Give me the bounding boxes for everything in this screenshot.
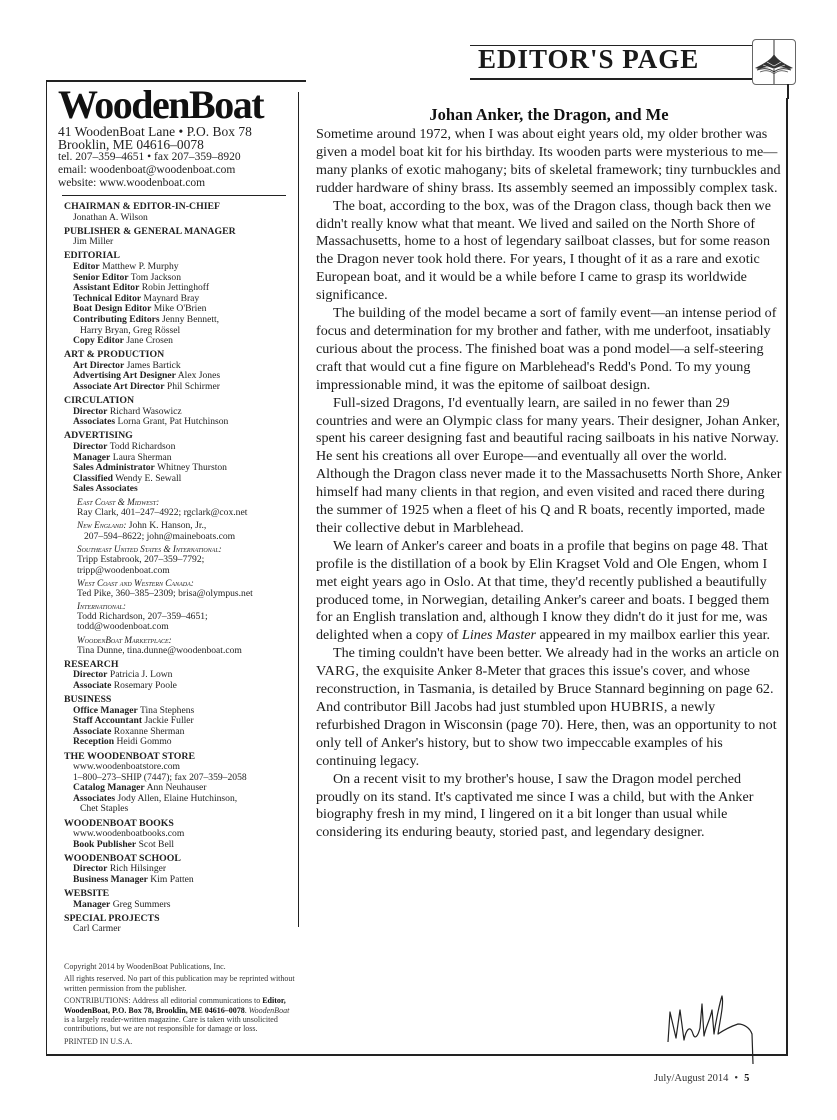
article-paragraph: Full-sized Dragons, I'd eventually learn…: [316, 395, 782, 538]
article-paragraph: The building of the model became a sort …: [316, 305, 782, 395]
staff-role: Manager: [73, 452, 110, 463]
staff-role: Office Manager: [73, 705, 138, 716]
staff-name-continued: Chet Staples: [64, 804, 296, 815]
printed-notice: PRINTED IN U.S.A.: [64, 1037, 296, 1046]
staff-role: Reception: [73, 736, 114, 747]
staff-role: Director: [73, 863, 107, 874]
viking-ship-icon: [752, 39, 796, 85]
region-contact: tripp@woodenboat.com: [64, 566, 296, 577]
staff-row: Associates Lorna Grant, Pat Hutchinson: [64, 417, 296, 428]
staff-role: Copy Editor: [73, 335, 124, 346]
contrib-tail: is a largely reader-written magazine. Ca…: [64, 1015, 278, 1033]
bullet-separator: •: [734, 1073, 738, 1084]
masthead: WoodenBoat 41 WoodenBoat Lane • P.O. Box…: [58, 82, 294, 190]
contrib-magazine: WoodenBoat: [249, 1006, 290, 1015]
frame-right-border: [786, 98, 788, 1056]
staff-name: Jonathan A. Wilson: [64, 213, 296, 224]
staff-role: Advertising Art Designer: [73, 370, 176, 381]
page-number: 5: [744, 1073, 749, 1084]
staff-name: Laura Sherman: [113, 452, 172, 463]
staff-row: Associate Rosemary Poole: [64, 681, 296, 692]
header-rule-bottom: [470, 78, 772, 80]
staff-name: Greg Summers: [113, 899, 171, 910]
section-title: CHAIRMAN & EDITOR-IN-CHIEF: [64, 202, 296, 213]
section-business: BUSINESS Office Manager Tina Stephens St…: [64, 695, 296, 748]
staff-name: Jenny Bennett,: [162, 314, 219, 325]
staff-role: Business Manager: [73, 874, 148, 885]
staff-name: Rich Hilsinger: [110, 863, 166, 874]
staff-name: Tina Stephens: [140, 705, 194, 716]
boat-name: HUBRIS: [610, 699, 664, 715]
staff-row: Reception Heidi Gommo: [64, 737, 296, 748]
article-paragraph: We learn of Anker's career and boats in …: [316, 538, 782, 645]
section-special-projects: SPECIAL PROJECTS Carl Carmer: [64, 914, 296, 935]
staff-role: Sales Administrator: [73, 462, 155, 473]
staff-name: Wendy E. Sewall: [115, 473, 181, 484]
section-research: RESEARCH Director Patricia J. Lown Assoc…: [64, 660, 296, 692]
article-paragraph: Sometime around 1972, when I was about e…: [316, 126, 782, 198]
issue-date: July/August 2014: [654, 1073, 728, 1084]
staff-row: Book Publisher Scot Bell: [64, 840, 296, 851]
website-link[interactable]: website: www.woodenboat.com: [58, 177, 294, 190]
page-footer: July/August 2014•5: [654, 1073, 749, 1084]
section-art-production: ART & PRODUCTION Art Director James Bart…: [64, 350, 296, 392]
staff-row: Manager Greg Summers: [64, 900, 296, 911]
staff-role: Catalog Manager: [73, 782, 145, 793]
staff-row: Contributing Editors Jenny Bennett,: [64, 315, 296, 326]
staff-role: Senior Editor: [73, 272, 129, 283]
column-divider: [298, 92, 299, 927]
staff-role: Assistant Editor: [73, 282, 139, 293]
section-school: WOODENBOAT SCHOOL Director Rich Hilsinge…: [64, 854, 296, 886]
section-advertising: ADVERTISING Director Todd Richardson Man…: [64, 431, 296, 656]
region-contact: Ted Pike, 360–385–2309; brisa@olympus.ne…: [64, 589, 296, 600]
staff-name: Alex Jones: [178, 370, 220, 381]
staff-role: Manager: [73, 899, 110, 910]
staff-name: James Bartick: [127, 360, 181, 371]
region-label: New England:: [77, 520, 126, 530]
staff-name: Kim Patten: [150, 874, 193, 885]
staff-role: Book Publisher: [73, 839, 136, 850]
region-label-row: New England: John K. Hanson, Jr.,: [64, 520, 296, 532]
section-publisher: PUBLISHER & GENERAL MANAGER Jim Miller: [64, 227, 296, 248]
section-store: THE WOODENBOAT STORE www.woodenboatstore…: [64, 752, 296, 816]
region-contact: Ray Clark, 401–247–4922; rgclark@cox.net: [64, 508, 296, 519]
staff-name: Richard Wasowicz: [110, 406, 182, 417]
staff-row: Business Manager Kim Patten: [64, 875, 296, 886]
article: Johan Anker, the Dragon, and Me Sometime…: [316, 105, 782, 842]
address-line-2: Brooklin, ME 04616–0078: [58, 138, 294, 151]
staff-name: Jackie Fuller: [144, 715, 193, 726]
staff-role: Director: [73, 669, 107, 680]
contributions-notice: CONTRIBUTIONS: Address all editorial com…: [64, 996, 296, 1034]
staff-name: Ann Neuhauser: [147, 782, 207, 793]
section-chairman: CHAIRMAN & EDITOR-IN-CHIEF Jonathan A. W…: [64, 202, 296, 223]
staff-name: Jim Miller: [64, 237, 296, 248]
fine-print: Copyright 2014 by WoodenBoat Publication…: [64, 962, 296, 1049]
text-run: appeared in my mailbox earlier this year…: [536, 627, 770, 643]
staff-row: Sales Associates: [64, 484, 296, 495]
staff-role: Contributing Editors: [73, 314, 160, 325]
email-link[interactable]: email: woodenboat@woodenboat.com: [58, 164, 294, 177]
rights-notice: All rights reserved. No part of this pub…: [64, 974, 296, 993]
region-contact: Tina Dunne, tina.dunne@woodenboat.com: [64, 646, 296, 657]
staff-name: Todd Richardson: [110, 441, 176, 452]
frame-connector: [787, 84, 789, 99]
staff-name: Scot Bell: [139, 839, 174, 850]
staff-role: Boat Design Editor: [73, 303, 151, 314]
staff-name: Whitney Thurston: [157, 462, 227, 473]
staff-role: Sales Associates: [73, 483, 138, 494]
section-circulation: CIRCULATION Director Richard Wasowicz As…: [64, 396, 296, 428]
staff-role: Associate: [73, 680, 111, 691]
staff-name: Jody Allen, Elaine Hutchinson,: [118, 793, 238, 804]
staff-role: Art Director: [73, 360, 124, 371]
staff-role: Director: [73, 441, 107, 452]
staff-name: Phil Schirmer: [167, 381, 220, 392]
staff-name: Heidi Gommo: [116, 736, 171, 747]
staff-name: Lorna Grant, Pat Hutchinson: [118, 416, 229, 427]
book-title: Lines Master: [462, 627, 536, 643]
staff-role: Associates: [73, 793, 115, 804]
staff-row: Associate Art Director Phil Schirmer: [64, 382, 296, 393]
section-books: WOODENBOAT BOOKS www.woodenboatbooks.com…: [64, 819, 296, 851]
staff-name: Carl Carmer: [64, 924, 296, 935]
frame-left-border: [46, 80, 47, 1055]
section-editorial: EDITORIAL Editor Matthew P. Murphy Senio…: [64, 251, 296, 346]
section-website: WEBSITE Manager Greg Summers: [64, 889, 296, 910]
article-paragraph: The timing couldn't have been better. We…: [316, 645, 782, 770]
staff-role: Staff Accountant: [73, 715, 142, 726]
region-contact: Tripp Estabrook, 207–359–7792;: [64, 555, 296, 566]
staff-name: Rosemary Poole: [114, 680, 177, 691]
phone-fax: tel. 207–359–4651 • fax 207–359–8920: [58, 151, 294, 164]
page-section-title: EDITOR'S PAGE: [478, 44, 699, 75]
copyright-notice: Copyright 2014 by WoodenBoat Publication…: [64, 962, 296, 971]
staff-role: Classified: [73, 473, 113, 484]
staff-role: Editor: [73, 261, 100, 272]
article-paragraph: The boat, according to the box, was of t…: [316, 198, 782, 305]
masthead-divider: [62, 195, 286, 196]
staff-role: Technical Editor: [73, 293, 141, 304]
boat-name: VARG: [316, 663, 355, 679]
staff-name: Maynard Bray: [144, 293, 200, 304]
region-contact: John K. Hanson, Jr.,: [129, 520, 207, 531]
staff-role: Associate: [73, 726, 111, 737]
staff-role: Director: [73, 406, 107, 417]
staff-role: Associate Art Director: [73, 381, 164, 392]
region-contact: todd@woodenboat.com: [64, 622, 296, 633]
text-run: The timing couldn't have been better. We…: [333, 645, 779, 661]
region-label: East Coast & Midwest:: [64, 497, 296, 508]
article-title: Johan Anker, the Dragon, and Me: [316, 105, 782, 125]
contrib-lead: CONTRIBUTIONS: Address all editorial com…: [64, 996, 262, 1005]
signature-icon: [660, 990, 770, 1075]
staff-name: Mike O'Brien: [154, 303, 207, 314]
staff-name: Patricia J. Lown: [110, 669, 173, 680]
brand-logo: WoodenBoat: [58, 85, 294, 125]
staff-name: Robin Jettinghoff: [142, 282, 209, 293]
staff-name: Matthew P. Murphy: [102, 261, 178, 272]
staff-role: Associates: [73, 416, 115, 427]
staff-row: Copy Editor Jane Crosen: [64, 336, 296, 347]
staff-name: Tom Jackson: [131, 272, 181, 283]
region-contact: 207–594–8622; john@maineboats.com: [64, 532, 296, 543]
staff-name: Jane Crosen: [126, 335, 173, 346]
staff-listing: CHAIRMAN & EDITOR-IN-CHIEF Jonathan A. W…: [64, 202, 296, 939]
staff-name: Roxanne Sherman: [114, 726, 185, 737]
article-paragraph: On a recent visit to my brother's house,…: [316, 771, 782, 843]
